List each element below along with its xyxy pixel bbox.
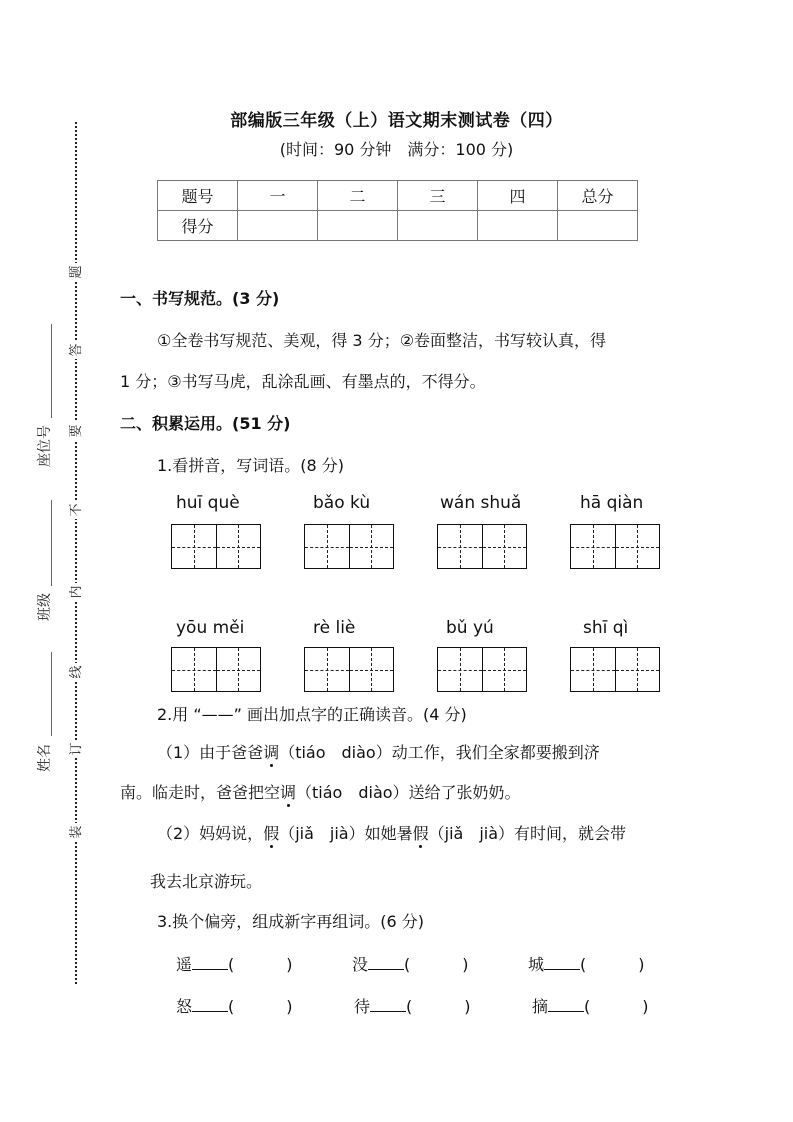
q2-prompt: 2.用 “——” 画出加点字的正确读音。(4 分) [157, 702, 467, 725]
section1-text-line1: ①全卷书写规范、美观，得 3 分；②卷面整洁，书写较认真，得 [157, 328, 606, 351]
base-char: 遥 [176, 955, 192, 974]
base-char: 没 [352, 955, 368, 974]
tianzige-grid[interactable] [570, 647, 660, 692]
text-span: （2）妈妈说， [157, 824, 263, 843]
score-header-cell: 总分 [558, 181, 638, 211]
radical-item[interactable]: 摘() [532, 994, 649, 1017]
tianzige-grid[interactable] [171, 647, 261, 692]
dotted-char: 调 [263, 743, 279, 762]
score-header-cell: 二 [318, 181, 398, 211]
q1-prompt: 1.看拼音，写词语。(8 分) [157, 453, 344, 476]
score-row-label: 得分 [158, 211, 238, 241]
char-blank[interactable] [370, 997, 406, 1012]
score-cell[interactable] [318, 211, 398, 241]
seat-number-label: 座位号 [34, 421, 54, 471]
char-blank[interactable] [192, 997, 228, 1012]
text-span: 南。临走时，爸爸把空 [120, 783, 280, 802]
score-header-cell: 一 [238, 181, 318, 211]
paren: ( [580, 955, 586, 974]
name-line[interactable] [51, 652, 52, 736]
q3-prompt: 3.换个偏旁，组成新字再组词。(6 分) [157, 909, 424, 932]
score-cell[interactable] [398, 211, 478, 241]
radical-item[interactable]: 没() [352, 952, 469, 975]
seal-char: 要 [68, 422, 86, 440]
score-header-cell: 三 [398, 181, 478, 211]
pinyin: rè liè [313, 618, 355, 638]
binding-dotted-line [75, 122, 77, 984]
seal-char: 题 [68, 263, 86, 281]
base-char: 摘 [532, 997, 548, 1016]
tianzige-grid[interactable] [304, 524, 394, 569]
score-header-cell: 题号 [158, 181, 238, 211]
q2-part1-line1: （1）由于爸爸调（tiáo diào）动工作，我们全家都要搬到济 [157, 740, 600, 763]
tianzige-grid[interactable] [171, 524, 261, 569]
q2-part1-line2: 南。临走时，爸爸把空调（tiáo diào）送给了张奶奶。 [120, 780, 521, 803]
text-span[interactable]: （tiáo diào）送给了张奶奶。 [296, 783, 521, 802]
seat-number-line[interactable] [51, 324, 52, 418]
tianzige-grid[interactable] [437, 524, 527, 569]
radical-item[interactable]: 待() [354, 994, 471, 1017]
q2-part2-line1: （2）妈妈说，假（jiǎ jià）如她暑假（jiǎ jià）有时间，就会带 [157, 821, 626, 844]
paren: ) [286, 955, 292, 974]
paren: ) [286, 997, 292, 1016]
text-span: （1）由于爸爸 [157, 743, 263, 762]
paren: ) [462, 955, 468, 974]
name-label: 姓名 [34, 733, 54, 783]
dotted-char: 假 [413, 824, 429, 843]
char-blank[interactable] [548, 997, 584, 1012]
exam-title: 部编版三年级（上）语文期末测试卷（四） [0, 106, 793, 131]
section1-heading: 一、书写规范。(3 分) [120, 286, 279, 309]
score-table-score-row: 得分 [158, 211, 638, 241]
pinyin: bǎo kù [313, 493, 370, 513]
text-span[interactable]: （tiáo diào）动工作，我们全家都要搬到济 [279, 743, 600, 762]
class-line[interactable] [51, 500, 52, 586]
seal-char: 内 [68, 583, 86, 601]
radical-item[interactable]: 怒() [176, 994, 293, 1017]
seal-char: 不 [68, 501, 86, 519]
class-label: 班级 [34, 582, 54, 632]
score-table: 题号 一 二 三 四 总分 得分 [157, 180, 638, 241]
score-header-cell: 四 [478, 181, 558, 211]
dotted-char: 调 [280, 783, 296, 802]
pinyin: yōu měi [176, 618, 244, 638]
score-cell[interactable] [478, 211, 558, 241]
pinyin: hā qiàn [580, 493, 643, 513]
seal-char: 线 [68, 663, 86, 681]
paren: ) [464, 997, 470, 1016]
exam-subtitle: (时间：90 分钟 满分：100 分) [0, 137, 793, 160]
seal-char: 装 [68, 823, 86, 841]
paren: ( [584, 997, 590, 1016]
paren: ) [638, 955, 644, 974]
tianzige-grid[interactable] [304, 647, 394, 692]
char-blank[interactable] [192, 955, 228, 970]
pinyin: bǔ yú [446, 618, 494, 638]
paren: ( [228, 955, 234, 974]
tianzige-grid[interactable] [437, 647, 527, 692]
paren: ( [404, 955, 410, 974]
dotted-char: 假 [263, 824, 279, 843]
section1-text-line2: 1 分；③书写马虎，乱涂乱画、有墨点的，不得分。 [120, 369, 486, 392]
text-span[interactable]: （jiǎ jià）有时间，就会带 [429, 824, 626, 843]
seal-char: 订 [68, 740, 86, 758]
q2-part2-line2: 我去北京游玩。 [150, 869, 262, 892]
paren: ( [406, 997, 412, 1016]
radical-item[interactable]: 城() [528, 952, 645, 975]
paren: ( [228, 997, 234, 1016]
text-span[interactable]: （jiǎ jià）如她暑 [279, 824, 412, 843]
base-char: 怒 [176, 997, 192, 1016]
pinyin: huī què [176, 493, 240, 513]
char-blank[interactable] [544, 955, 580, 970]
section2-heading: 二、积累运用。(51 分) [120, 411, 290, 434]
score-table-header-row: 题号 一 二 三 四 总分 [158, 181, 638, 211]
tianzige-grid[interactable] [570, 524, 660, 569]
base-char: 城 [528, 955, 544, 974]
radical-item[interactable]: 遥() [176, 952, 293, 975]
pinyin: shī qì [583, 618, 628, 638]
pinyin: wán shuǎ [440, 493, 521, 513]
seal-char: 答 [68, 341, 86, 359]
paren: ) [642, 997, 648, 1016]
char-blank[interactable] [368, 955, 404, 970]
score-cell[interactable] [238, 211, 318, 241]
score-cell[interactable] [558, 211, 638, 241]
base-char: 待 [354, 997, 370, 1016]
